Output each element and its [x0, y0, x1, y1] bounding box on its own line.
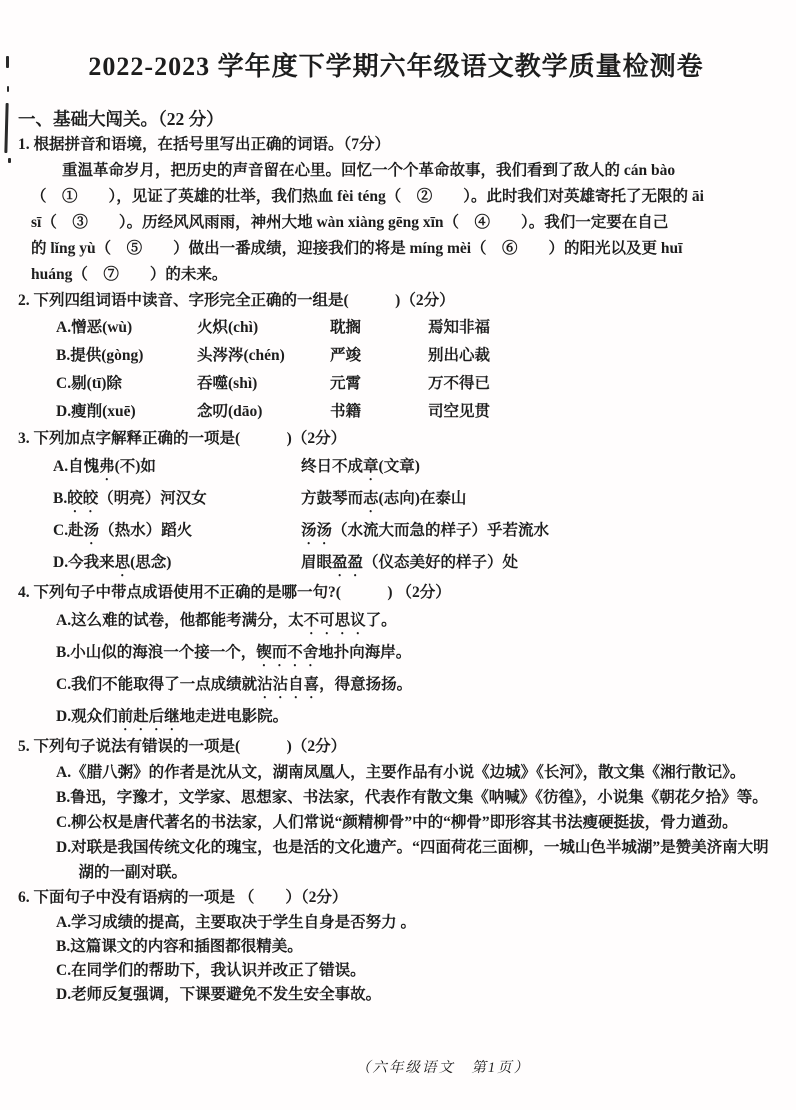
option-line: B.这篇课文的内容和插图都很精美。 — [56, 935, 774, 959]
emphasis-dots: 汤 — [84, 522, 100, 539]
explanation-option-row: A.自愧弗(不)如终日不成章(文章) — [53, 452, 774, 484]
option-line: C.柳公权是唐代著名的书法家，人们常说“颜精柳骨”中的“柳骨”即形容其书法瘦硬挺… — [56, 810, 774, 835]
question-2-stem: 2. 下列四组词语中读音、字形完全正确的一组是( )（2分） — [18, 288, 774, 314]
scan-artifact — [4, 103, 8, 153]
question-4: 4. 下列句子中带点成语使用不正确的是哪一句?( ) （2分） A.这么难的试卷… — [18, 580, 774, 734]
word-option: C.剔(tī)除 — [56, 370, 197, 398]
word-option: 书籍 — [330, 398, 428, 426]
word-option: 严竣 — [330, 342, 428, 370]
emphasis-dots: 前赴后继 — [118, 708, 180, 725]
paragraph-line: 的 lǐng yù（ ⑤ ）做出一番成绩，迎接我们的将是 míng mèi（ ⑥… — [31, 236, 774, 262]
word-option-row: A.憎恶(wù)火炽(chì)耽搁焉知非福 — [56, 314, 774, 342]
emphasis-dots: 汤汤 — [301, 522, 332, 539]
question-6: 6. 下面句子中没有语病的一项是 （ ）（2分） A.学习成绩的提高，主要取决于… — [18, 885, 774, 1007]
pinyin-paragraph: 重温革命岁月，把历史的声音留在心里。回忆一个个革命故事，我们看到了敌人的 cán… — [31, 158, 774, 288]
exam-page: 2022-2023 学年度下学期六年级语文教学质量检测卷 一、基础大闯关。（22… — [0, 0, 796, 1110]
question-1: 1. 根据拼音和语境，在括号里写出正确的词语。（7分） 重温革命岁月，把历史的声… — [18, 132, 774, 288]
word-option: 元霄 — [330, 370, 428, 398]
emphasis-dots: 志 — [363, 490, 379, 507]
question-3-stem: 3. 下列加点字解释正确的一项是( )（2分） — [18, 426, 774, 452]
paragraph-line: huáng（ ⑦ ）的未来。 — [31, 262, 774, 288]
word-option: 别出心裁 — [428, 342, 774, 370]
question-5-stem: 5. 下列句子说法有错误的一项是( )（2分） — [18, 734, 774, 760]
scan-artifact — [7, 86, 9, 92]
question-4-options: A.这么难的试卷，他都能考满分，太不可思议了。B.小山似的海浪一个接一个，锲而不… — [56, 606, 774, 734]
option-line: D.观众们前赴后继地走进电影院。 — [56, 702, 774, 734]
explanation-option: C.赴汤（热水）蹈火 — [53, 516, 301, 548]
emphasis-dots: 沾沾自喜 — [257, 676, 319, 693]
word-option: 头涔涔(chén) — [197, 342, 330, 370]
word-option: B.提供(gòng) — [56, 342, 197, 370]
word-option-row: D.瘦削(xuē)念叨(dāo)书籍司空见贯 — [56, 398, 774, 426]
question-4-stem: 4. 下列句子中带点成语使用不正确的是哪一句?( ) （2分） — [18, 580, 774, 606]
question-5-options: A.《腊八粥》的作者是沈从文，湖南凤凰人，主要作品有小说《边城》《长河》，散文集… — [56, 760, 774, 885]
explanation-option: 终日不成章(文章) — [301, 452, 774, 484]
word-option: 火炽(chì) — [197, 314, 330, 342]
explanation-option: A.自愧弗(不)如 — [53, 452, 301, 484]
question-6-options: A.学习成绩的提高，主要取决于学生自身是否努力 。B.这篇课文的内容和插图都很精… — [56, 911, 774, 1007]
emphasis-dots: 皎皎 — [67, 490, 98, 507]
explanation-option-row: C.赴汤（热水）蹈火汤汤（水流大而急的样子）乎若流水 — [53, 516, 774, 548]
word-options-grid: A.憎恶(wù)火炽(chì)耽搁焉知非福B.提供(gòng)头涔涔(chén)… — [56, 314, 774, 426]
explanation-option-row: D.今我来思(思念)眉眼盈盈（仪态美好的样子）处 — [53, 548, 774, 580]
explanation-options-grid: A.自愧弗(不)如终日不成章(文章)B.皎皎（明亮）河汉女方鼓琴而志(志向)在泰… — [53, 452, 774, 580]
option-line: A.《腊八粥》的作者是沈从文，湖南凤凰人，主要作品有小说《边城》《长河》，散文集… — [56, 760, 774, 785]
scan-artifact — [8, 158, 11, 163]
word-option: 念叨(dāo) — [197, 398, 330, 426]
option-line: D.对联是我国传统文化的瑰宝，也是活的文化遗产。“四面荷花三面柳，一城山色半城湖… — [56, 835, 774, 885]
emphasis-dots: 盈盈 — [332, 554, 363, 571]
section-heading: 一、基础大闯关。（22 分） — [18, 106, 774, 132]
exam-title: 2022-2023 学年度下学期六年级语文教学质量检测卷 — [18, 50, 774, 84]
word-option-row: C.剔(tī)除吞噬(shì)元霄万不得已 — [56, 370, 774, 398]
explanation-option: 眉眼盈盈（仪态美好的样子）处 — [301, 548, 774, 580]
explanation-option-row: B.皎皎（明亮）河汉女方鼓琴而志(志向)在泰山 — [53, 484, 774, 516]
option-line: C.在同学们的帮助下，我认识并改正了错误。 — [56, 959, 774, 983]
question-3: 3. 下列加点字解释正确的一项是( )（2分） A.自愧弗(不)如终日不成章(文… — [18, 426, 774, 580]
word-option: 吞噬(shì) — [197, 370, 330, 398]
word-option-row: B.提供(gòng)头涔涔(chén)严竣别出心裁 — [56, 342, 774, 370]
option-line: D.老师反复强调，下课要避免不发生安全事故。 — [56, 983, 774, 1007]
option-line: B.鲁迅，字豫才，文学家、思想家、书法家，代表作有散文集《呐喊》《彷徨》，小说集… — [56, 785, 774, 810]
word-option: D.瘦削(xuē) — [56, 398, 197, 426]
word-option: 焉知非福 — [428, 314, 774, 342]
paragraph-line: （ ① ），见证了英雄的壮举，我们热血 fèi téng（ ② ）。此时我们对英… — [31, 184, 774, 210]
emphasis-dots: 不可思议 — [304, 612, 366, 629]
explanation-option: 方鼓琴而志(志向)在泰山 — [301, 484, 774, 516]
page-footer: （六年级语文 第1页） — [356, 1056, 530, 1077]
word-option: 耽搁 — [330, 314, 428, 342]
emphasis-dots: 思 — [115, 554, 131, 571]
emphasis-dots: 弗 — [99, 458, 115, 475]
explanation-option: B.皎皎（明亮）河汉女 — [53, 484, 301, 516]
paragraph-line: 重温革命岁月，把历史的声音留在心里。回忆一个个革命故事，我们看到了敌人的 cán… — [31, 158, 774, 184]
emphasis-dots: 章 — [363, 458, 379, 475]
emphasis-dots: 锲而不舍 — [256, 644, 318, 661]
explanation-option: D.今我来思(思念) — [53, 548, 301, 580]
option-line: B.小山似的海浪一个接一个，锲而不舍地扑向海岸。 — [56, 638, 774, 670]
paragraph-line: sī（ ③ ）。历经风风雨雨，神州大地 wàn xiàng gēng xīn（ … — [31, 210, 774, 236]
option-line: A.学习成绩的提高，主要取决于学生自身是否努力 。 — [56, 911, 774, 935]
question-1-stem: 1. 根据拼音和语境，在括号里写出正确的词语。（7分） — [18, 132, 774, 158]
question-5: 5. 下列句子说法有错误的一项是( )（2分） A.《腊八粥》的作者是沈从文，湖… — [18, 734, 774, 885]
scan-artifact — [6, 56, 9, 68]
word-option: 司空见贯 — [428, 398, 774, 426]
question-2: 2. 下列四组词语中读音、字形完全正确的一组是( )（2分） A.憎恶(wù)火… — [18, 288, 774, 426]
word-option: A.憎恶(wù) — [56, 314, 197, 342]
explanation-option: 汤汤（水流大而急的样子）乎若流水 — [301, 516, 774, 548]
word-option: 万不得已 — [428, 370, 774, 398]
option-line: C.我们不能取得了一点成绩就沾沾自喜，得意扬扬。 — [56, 670, 774, 702]
question-6-stem: 6. 下面句子中没有语病的一项是 （ ）（2分） — [18, 885, 774, 911]
option-line: A.这么难的试卷，他都能考满分，太不可思议了。 — [56, 606, 774, 638]
